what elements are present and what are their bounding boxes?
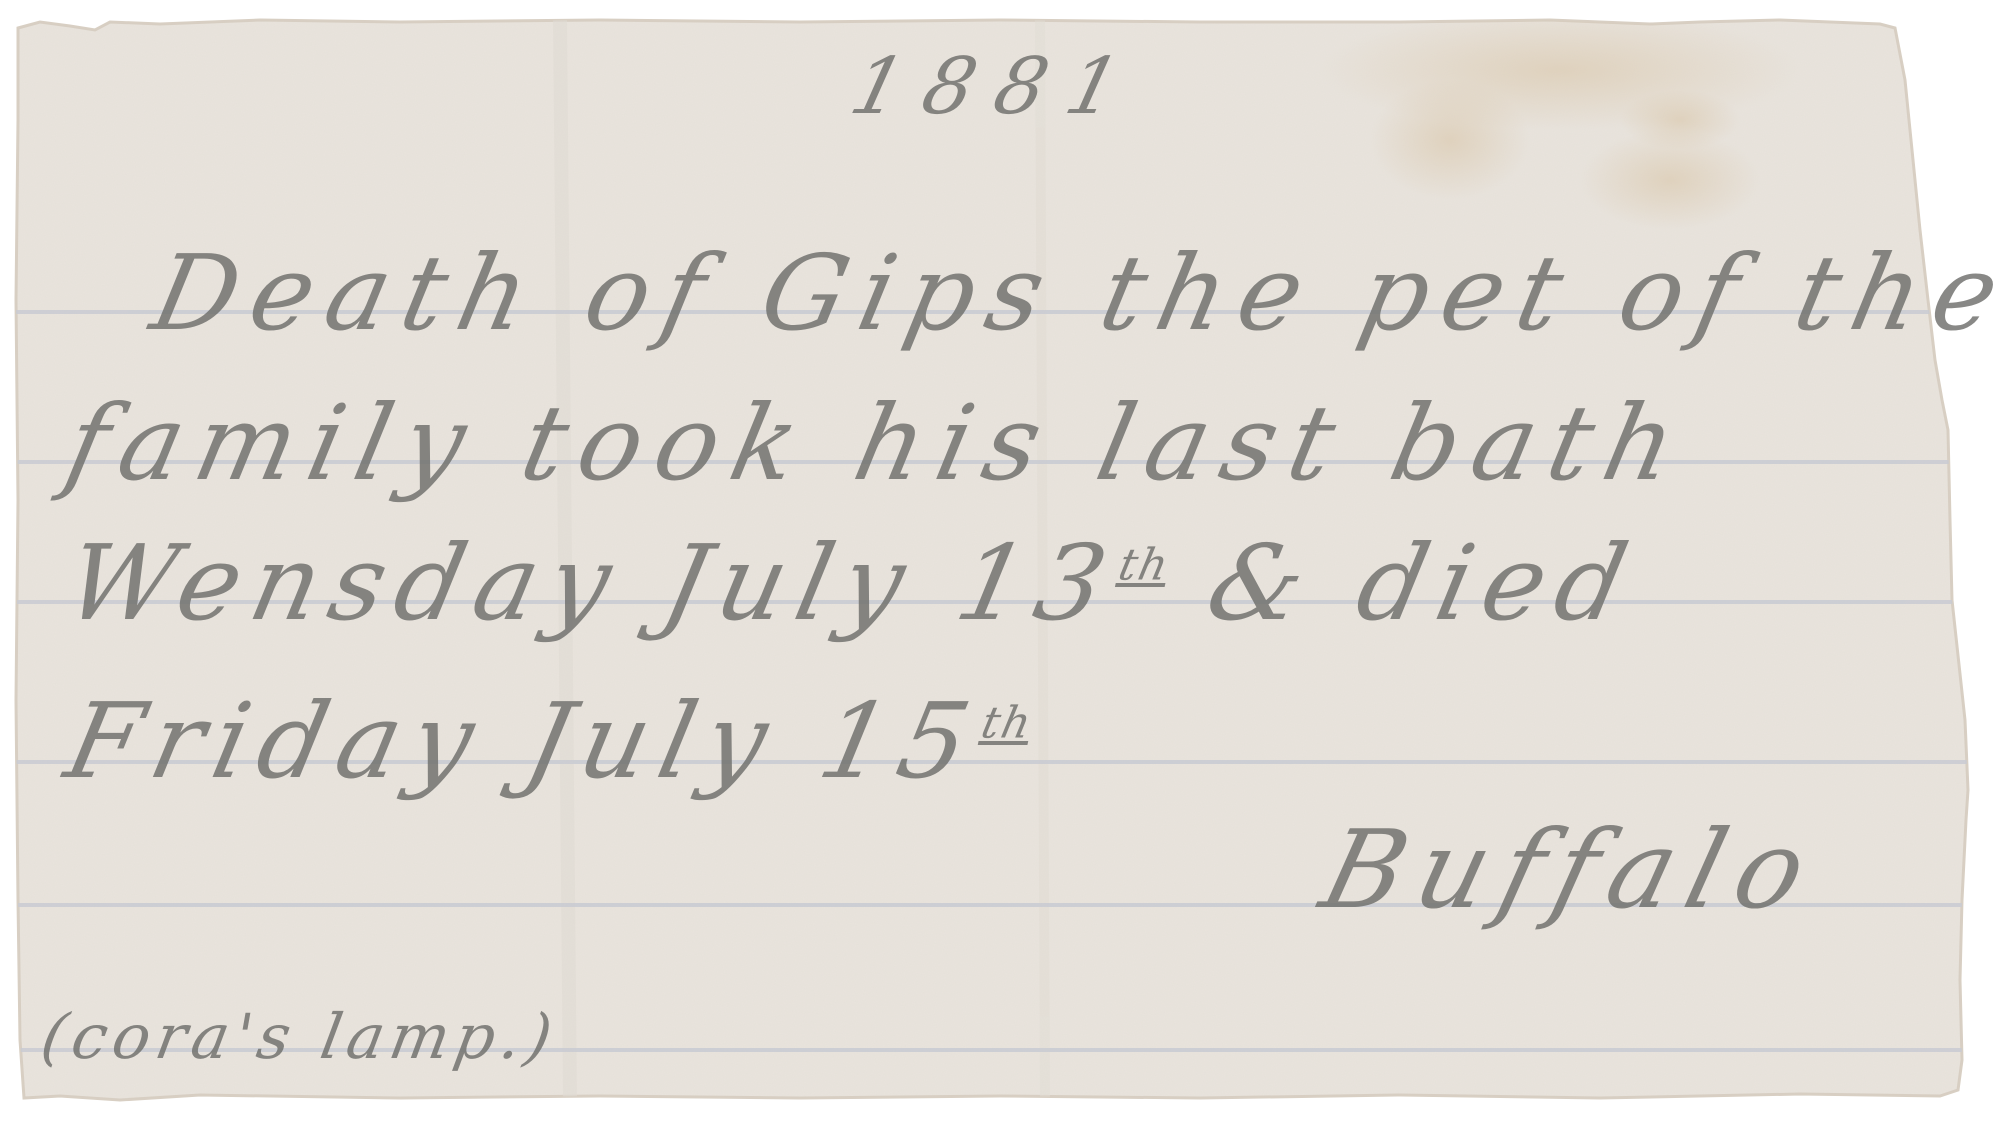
footnote: (cora's lamp.) — [36, 1000, 563, 1073]
note-line-2: family took his last bath — [56, 382, 1700, 504]
note-line-3: Wensday July 13th & died — [56, 522, 1649, 644]
ordinal-suffix: th — [1114, 540, 1175, 591]
year-heading: 1881 — [842, 42, 1151, 132]
note-line-3-tail: & died — [1198, 522, 1650, 644]
note-line-1: Death of Gips the pet of the — [142, 232, 1999, 354]
note-line-4: Friday July 15th — [56, 680, 1041, 802]
signature: Buffalo — [1310, 808, 1832, 933]
note-line-4-date: Friday July 15 — [56, 680, 992, 802]
paper-note: 1881 Death of Gips the pet of the family… — [0, 0, 1999, 1133]
note-line-3-date: Wensday July 13 — [56, 522, 1129, 644]
